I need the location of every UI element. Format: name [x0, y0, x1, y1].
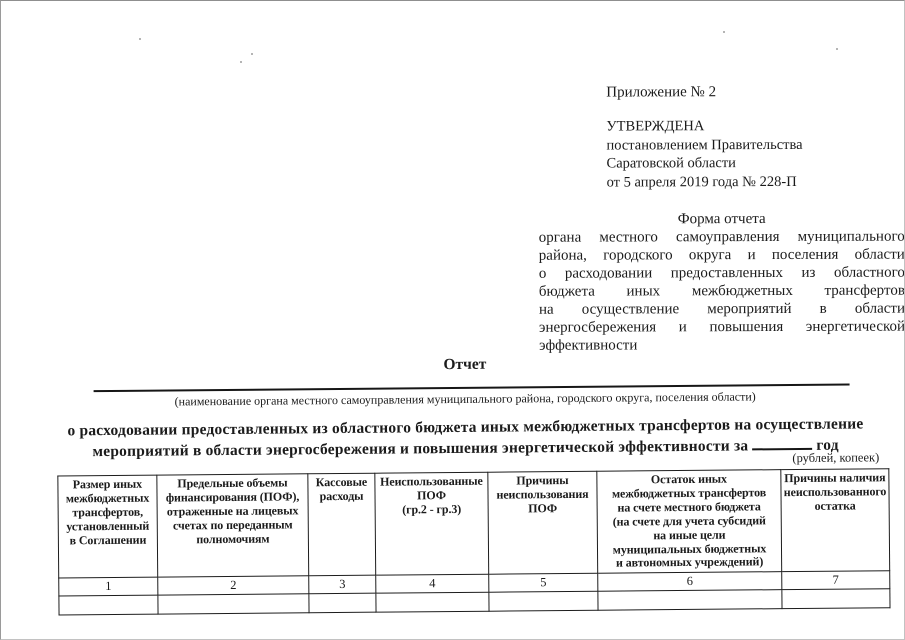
col-header-6: Остаток иных межбюджетных трансфертов на… [597, 470, 782, 574]
scan-speck [240, 61, 242, 63]
col-header-4: Неиспользованные ПОФ (гр.2 - гр.3) [375, 472, 489, 575]
col-header-7: Причины наличия неиспользованного остатк… [781, 469, 890, 572]
scan-speck [723, 31, 725, 33]
lower-content-layer: Отчет (наименование органа местного само… [0, 0, 905, 640]
empty-data-cell [158, 594, 309, 614]
column-number-cell: 6 [598, 572, 782, 592]
empty-data-cell [59, 595, 158, 615]
column-number-cell: 4 [376, 574, 489, 593]
column-number-cell: 1 [59, 577, 158, 596]
empty-data-cell [782, 589, 890, 609]
empty-data-cell [598, 590, 782, 611]
empty-data-cell [309, 593, 376, 613]
scan-speck [139, 38, 141, 40]
scan-speck [251, 53, 253, 55]
column-number-cell: 7 [782, 571, 890, 590]
column-number-cell: 2 [158, 576, 309, 595]
report-table: Размер иных межбюджетных трансфертов, ус… [57, 468, 890, 615]
col-header-2: Предельные объемы финансирования (ПОФ), … [157, 474, 309, 577]
column-number-cell: 5 [489, 573, 598, 592]
empty-data-cell [376, 592, 489, 612]
col-header-3: Кассовые расходы [308, 473, 376, 576]
year-blank-line [752, 435, 812, 450]
column-number-cell: 3 [309, 575, 376, 594]
col-header-5: Причины неиспользования ПОФ [488, 471, 598, 574]
scanned-document-page: Приложение № 2 УТВЕРЖДЕНА постановлением… [0, 0, 905, 640]
scan-speck [836, 48, 838, 50]
col-header-1: Размер иных межбюджетных трансфертов, ус… [58, 475, 158, 578]
table-header-row: Размер иных межбюджетных трансфертов, ус… [58, 469, 890, 578]
empty-data-cell [489, 591, 598, 611]
